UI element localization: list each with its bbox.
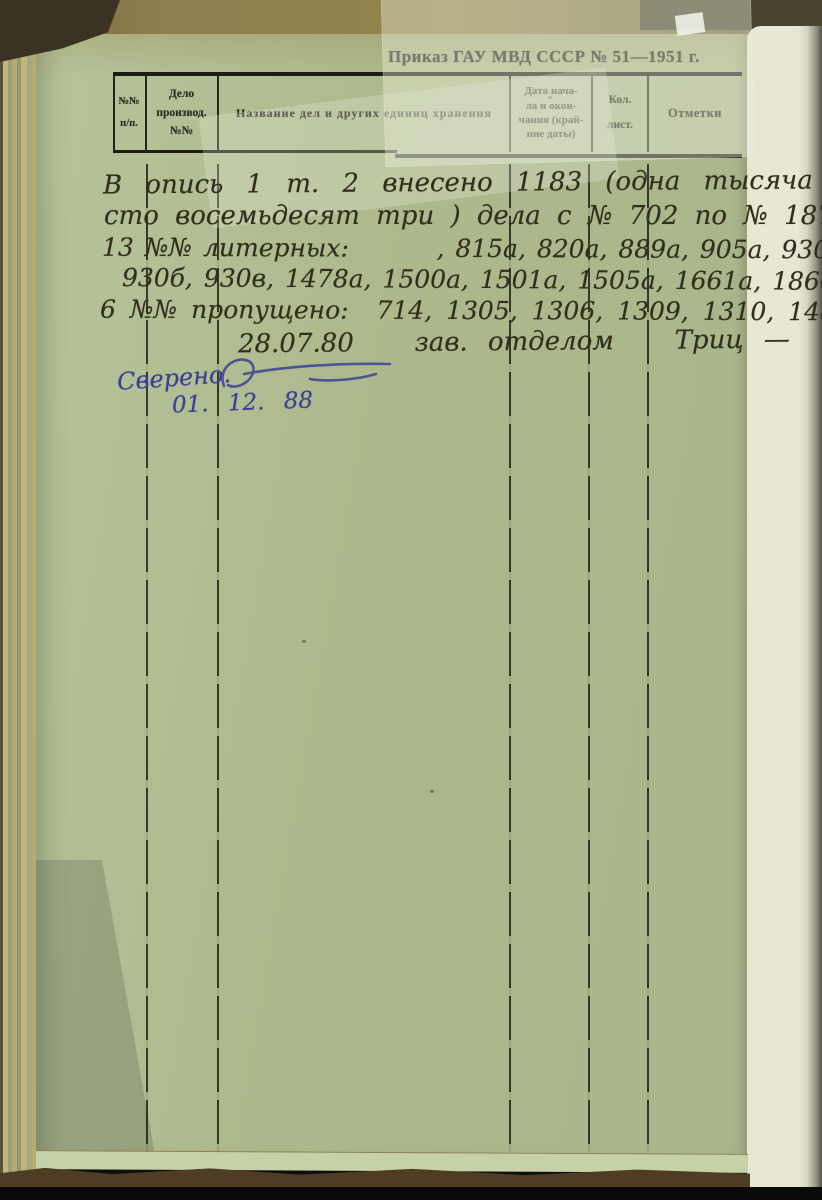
handwritten-entry-line-5: 6 №№ пропущено: 714, 1305, 1306, 1309, 1…: [100, 295, 822, 327]
underlying-page-edge: [36, 1150, 748, 1173]
paper-speck: [430, 790, 434, 793]
verification-date: 01. 12. 88: [172, 388, 314, 419]
paper-speck: [302, 640, 306, 643]
tape-fragment: [675, 12, 706, 36]
column-header-npp: №№ п/п.: [113, 76, 145, 150]
handwritten-entry-line-2: сто восемьдесят три ) дела с № 702 по № …: [104, 201, 822, 231]
bottom-shadow-strip: [0, 1187, 822, 1200]
handwritten-entry-line-4: 930б, 930в, 1478а, 1500а, 1501а, 1505а, …: [122, 263, 822, 296]
handwritten-entry-line-3: 13 №№ литерных: , 815а, 820а, 889а, 905а…: [102, 233, 822, 265]
handwritten-entry-line-1: В опись 1 т. 2 внесено 1183 (одна тысяча: [103, 166, 813, 201]
scanned-archive-page: Приказ ГАУ МВД СССР № 51—1951 г. №№ п/п.…: [0, 0, 822, 1200]
